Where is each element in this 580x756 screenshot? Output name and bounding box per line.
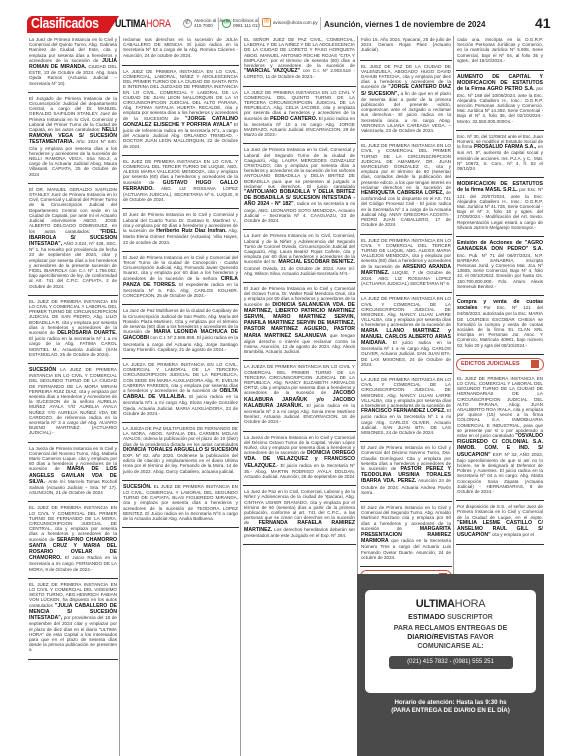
notice-code [361,495,451,498]
whatsapp-icon: ✉ [222,19,231,28]
notice-code [244,276,355,279]
subscriber-promo-box: ULTIMAHORA ESTIMADO SUSCRIPTOR PARA RECL… [357,574,544,756]
notice-text: Por disposición de S.S., el señor Juez d… [457,504,543,519]
notice-subject: "MARCIAL VAZQUEZ" [244,68,300,74]
notice-text: reclamar sus derechos en la sucesión de … [123,37,238,58]
brand-part1: ULTIMA [115,18,146,30]
promo-heading-muted: SUSCRIPTOR [447,614,493,621]
column-1: La Juez de Primera Instancia en lo Civil… [28,36,118,756]
notice-text: LA JUEZA DE PAZ MULTIFUEROS DE FERNANDO … [123,426,238,447]
notice-code [457,494,543,497]
notice-text: El juicio radica en la secretaría Nº 1 a… [29,336,117,357]
legal-notice: cada una. Inscripta en la D.G.R.P. Secci… [456,36,544,71]
notice-code [361,367,451,370]
promo-heading-dark: ESTIMADO [408,614,445,621]
notice-text: Año: 2024 Nº 640. Cita y emplaza por ses… [29,139,117,176]
notice-code [457,64,543,67]
promo-heading: ESTIMADO SUSCRIPTOR [365,614,536,621]
legal-notice: SUCESIÓN. EL JUEZ DE PRIMERA INSTANCIA E… [122,483,239,528]
notice-code [457,171,543,174]
legal-notice: reclamar sus derechos en la sucesión de … [122,36,239,66]
legal-notice: El Juez de Primera Instancia en lo Civil… [122,254,239,306]
notice-text: EL JUEZ DE PRIMERA INSTANCIA EN LO CIVIL… [457,376,543,438]
notice-code [457,230,543,233]
notice-text: EXP. Nº 82, año 2020. Ordénese la public… [123,453,238,474]
notice-code [361,560,451,563]
dateline: Asunción, viernes 1 de noviembre de 2024 [324,20,485,29]
notice-subject: Emisión de Acciones de "AGRO GANADERA DO… [457,240,543,252]
notice-code [123,521,238,524]
section-tag: EDICTOS JUDICIALES [456,358,544,371]
notice-code [361,133,451,136]
notice-code [244,80,355,83]
legal-notice: La Juez de Primera Instancia en lo Civil… [28,36,118,93]
legal-notice: EL JUEZ DE PRIMERA INSTANCIA EN LO CIVIL… [360,237,452,294]
notice-text: Folio 15, Año 2024. Ypacaraí, 25 de juli… [361,37,451,52]
contact-whatsapp-number: 0981 111 013 [233,23,260,28]
notice-subject: DIONICIA TORALES ARGUELLO S/ SUCESION [123,447,238,453]
promo-phone-numbers[interactable]: (021) 415 7832 - (0981) 555 251 [389,656,513,669]
notice-text: Por Esc. Nº 121 del 04/06/2023, autoriza… [457,305,543,347]
notice-code [457,348,543,351]
column-2: reclamar sus derechos en la sucesión de … [119,36,239,756]
notice-code [244,538,355,541]
notice-text: LA JUEZ DE PRIMERA INSTANCIA EN LO CIVIL… [123,69,238,121]
legal-notice: LA JUEZ DE PRIMERA INSTANCIA EN LO CIVIL… [360,376,452,442]
notice-code [29,495,117,498]
promo-hours-line2: (PARA ENTREGA DE DIARIO EN EL DÍA) [357,707,544,715]
notice-code [29,357,117,360]
promo-line4: COMUNICARSE AL: [365,642,536,651]
notice-text: El DR. MANUEL GERALDO SAIFILDIN STANLEY … [29,187,117,234]
notice-subject: PROSALUD FARMA S.A., [474,144,536,150]
notice-code [29,572,117,575]
legal-notice: LA JUEZA DE PRIMERA INSTANCIA EN LO CIVI… [243,363,356,431]
notice-text: La Juez de Primera Instancia en lo Civil… [244,147,355,188]
contact-email-address[interactable]: avisos@uhora.com.py [273,20,318,25]
legal-notice: EL JUEZ DE PRIMERA INSTANCIA EN LO CIVIL… [28,298,118,364]
legal-notice: El Juez de Primera Instancia en lo Civil… [243,285,356,361]
notice-code [457,124,543,127]
legal-notice: El Juez de Primera Instancia en lo Civil… [122,211,239,251]
contact-whatsapp: ✉ Escribinos al0981 111 013 [222,18,260,28]
notice-code [29,653,117,656]
envelope-icon: ✉ [262,18,271,27]
notice-text: AÑO 2.024, Nº 428, SEC. Nº 1, ha resuelt… [29,241,117,289]
legal-notice: EL JUEZ DE PRIMERA INSTANCIA EN LO CIVIL… [360,142,452,234]
notice-subject: Heriberto Ruiz Diaz Insfran. [156,228,226,234]
contact-email: ✉ avisos@uhora.com.py [262,18,318,27]
legal-notice: LA JUEZ DE PRIMERA INSTANCIA EN LO CIVIL… [243,89,356,145]
masthead: Clasificados ULTIMAHORA ✆ Atención al cl… [0,14,580,34]
legal-notice: Emisión de Acciones de "AGRO GANADERA DO… [456,239,544,296]
legal-notice: La Juez de Paz Multifueros de la ciudad … [122,307,239,359]
notice-subject: AUMENTO DE CAPITAL Y MODIFICACION DE EST… [457,74,543,92]
notice-text: por Esc. Nº 121 del 20/07/2024, ante la … [457,187,543,229]
legal-notice: El Juez de Primera Instancia en lo Civil… [360,504,452,567]
legal-notice: EL JUEZ DE PAZ DE LA CIUDAD DE VALENZUEL… [360,63,452,141]
legal-notice: El Juzgado de Primera Instancia de la Ci… [28,95,118,184]
notice-code [361,286,451,289]
notice-code [123,149,238,152]
notice-subject: MARCIAL ESCOBAR BENITEZ. [278,259,355,265]
notice-code [123,202,238,205]
legal-notice: La Juez de Primera Instancia en lo Civil… [243,146,356,230]
notice-code [361,435,451,438]
legal-notice: La Juez de Primera Instancia en lo Civil… [243,232,356,283]
promo-hours-line1: Horario de atención: Hasta las 9:30 hs [357,699,544,707]
notice-subject: SUCESIÓN [29,367,56,373]
legal-notice: La Juez de Paz en lo Civil, Comercial, L… [243,488,356,545]
section-icon [531,360,539,368]
promo-brand-logo: ULTIMAHORA [365,598,536,610]
notice-code [457,538,543,541]
phone-icon: ✆ [183,19,192,28]
notice-code [361,54,451,57]
notice-subject: DELROSARIA DUARTE. [57,330,117,336]
notice-code [29,436,117,439]
notice-text: cita y emplaza por el [491,532,534,537]
legal-notice: AUMENTO DE CAPITAL Y MODIFICACION DE EST… [456,73,544,131]
divider [218,17,219,30]
notice-text: Esc. Pub. Nº 71 del 06/07/2024, N.P. BAR… [457,253,543,289]
promo-card: ULTIMAHORA ESTIMADO SUSCRIPTOR PARA RECL… [365,590,536,693]
notice-code [123,352,238,355]
notice-code [361,228,451,231]
notice-code [123,59,238,62]
notice-code [123,298,238,301]
legal-notice: El Juez de Primera Instancia en lo Civil… [360,444,452,502]
notice-subject: HENRIQUETA CABRERA LOPEZ, [361,190,444,196]
legal-notice: Por disposición de S.S., el señor Juez d… [456,503,544,545]
notice-code [29,289,117,292]
notice-code [244,354,355,357]
divider [320,17,321,30]
promo-line3-dark: DIARIO/REVISTAS [407,634,468,641]
column-3: EL SEÑOR JUEZ DE PAZ CIVIL, COMERCIAL, L… [240,36,356,756]
notice-text: LA JUEZ DE PRIMERA INSTANCIA EN LO CIVIL… [361,296,451,327]
notice-text: LA JUEZ DE PRIMERA INSTANCIA EN LO CIVIL… [29,367,117,435]
section-tag-label: EDICTOS JUDICIALES [461,361,520,367]
notice-code [457,289,543,292]
notice-text: por providencia del 18 de septiembre del… [29,615,117,652]
notice-subject: FRANCISCO FERNANDEZ LOPEZ. [361,408,446,414]
notice-code [29,177,117,180]
legal-notice: La Jueza de Primera Instancia en lo Civi… [28,445,118,503]
legal-notice: LA JUEZA DE PAZ MULTIFUEROS DE FERNANDO … [122,425,239,481]
promo-line3-muted: FAVOR [470,634,494,641]
notice-subject: PEDRO CANTERO. [270,116,317,122]
notice-code [244,425,355,428]
divider [258,17,259,30]
notice-code [244,223,355,226]
legal-notice: EL SEÑOR JUEZ DE PAZ CIVIL, COMERCIAL, L… [243,36,356,87]
notice-code [123,474,238,477]
promo-line2: PARA RECLAMOS ENTREGAS DE [365,624,536,633]
legal-notice: LA JUEZA DE PRIMERA INSTANCIA EN LO CIVI… [122,361,239,423]
legal-notice: Esc. Nº 30, del 12/08/24 ante el Esc. Ju… [456,133,544,178]
notice-text: LA JUEZ DE PRIMERA INSTANCIA EN LO CIVIL… [361,377,451,408]
brand-logo: ULTIMAHORA [115,18,171,30]
notice-text: EXP. Nº 32, AÑO 2023, bajo apercibimient… [457,452,543,494]
notice-text: EL SEÑOR JUEZ DE PAZ CIVIL, COMERCIAL, L… [244,37,355,68]
legal-notice: EL JUEZ DE PRIMERA INSTANCIA EN LO CIVIL… [456,375,544,501]
notice-code [123,416,238,419]
legal-notice: EL JUEZ DE PRIMERA INSTANCIA EN LO CIVIL… [122,158,239,210]
legal-notice: La Jueza de Primera Instancia en lo Civi… [243,434,356,487]
notice-text: por Esc. Nº 168 del 10/09/2024, ante la … [457,86,543,123]
brand-part2: HORA [146,18,170,30]
promo-hours: Horario de atención: Hasta las 9:30 hs (… [357,699,544,715]
notice-code [29,86,117,89]
legal-notice: Folio 15, Año 2024. Ypacaraí, 25 de juli… [360,36,452,61]
section-banner: Clasificados [27,16,119,33]
notice-subject: SUCESIÓN. [123,484,152,490]
notice-text: de conformidad con lo dispuesto en el Ar… [361,190,451,227]
legal-notice: Compra y venta de cuotas sociales Por Es… [456,298,544,355]
notice-text: EL JUEZ DE PRIMERA INSTANCIA EN LO CIVIL… [361,143,451,190]
notice-code [244,137,355,140]
legal-notice: LA JUEZ DE PRIMERA INSTANCIA EN LO CIVIL… [360,295,452,374]
promo-body: PARA RECLAMOS ENTREGAS DE DIARIO/REVISTA… [365,624,536,651]
notice-code [244,479,355,482]
legal-notice: El DR. MANUEL GERALDO SAIFILDIN STANLEY … [28,186,118,296]
notice-text: Coronel Oviedo, 21 de Octubre de 2024. A… [244,266,355,276]
legal-notice: EL JUEZ DE PRIMERA INSTANCIA EN LO CIVIL… [28,504,118,578]
legal-notice: SUCESIÓN LA JUEZ DE PRIMERA INSTANCIA EN… [28,366,118,443]
notice-text: EL JUEZ DE PRIMERA INSTANCIA EN LO CIVIL… [123,484,238,521]
promo-brand-part2: HORA [455,598,486,610]
notice-text: cada una. Inscripta en la D.G.R.P. Secci… [457,37,543,63]
notice-text: a fin de que en el plazo de sesenta días… [361,91,451,133]
notice-code [123,245,238,248]
legal-notice: EL JUEZ DE PRIMERA INSTANCIA EN LO CIVIL… [28,581,118,660]
legal-notice: LA JUEZ DE PRIMERA INSTANCIA EN LO CIVIL… [122,68,239,156]
promo-brand-part1: ULTIMA [416,598,455,610]
section-title: Clasificados [31,15,99,32]
page-number: 41 [535,15,551,31]
legal-notice: MODIFICACION DE ESTATUTOS de la firma MA… [456,180,544,237]
